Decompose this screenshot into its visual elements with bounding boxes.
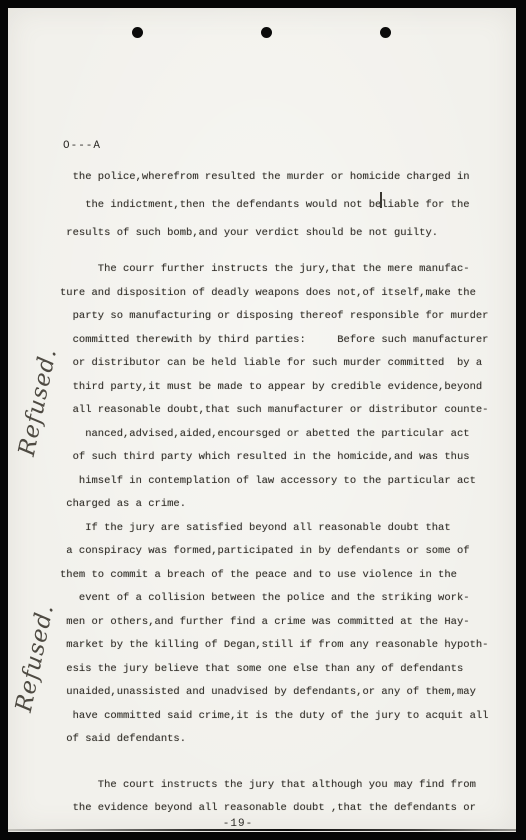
typed-line: the evidence beyond all reasonable doubt…: [60, 797, 510, 821]
typed-line: The court instructs the jury that althou…: [60, 774, 510, 798]
typed-line: of such third party which resulted in th…: [60, 446, 510, 470]
binder-hole-icon: [261, 27, 272, 38]
typed-line: all reasonable doubt,that such manufactu…: [60, 399, 510, 423]
insertion-caret-mark: [380, 192, 382, 208]
typed-line: a conspiracy was formed,participated in …: [60, 540, 510, 564]
classification-mark: O---A: [63, 140, 101, 152]
typed-line: committed therewith by third parties: Be…: [60, 329, 510, 353]
typed-line: men or others,and further find a crime w…: [60, 611, 510, 635]
typed-line: market by the killing of Degan,still if …: [60, 634, 510, 658]
paragraph: the police,wherefrom resulted the murder…: [60, 163, 510, 247]
typed-line: them to commit a breach of the peace and…: [60, 564, 510, 588]
typed-line: results of such bomb,and your verdict sh…: [60, 219, 510, 247]
paragraph: If the jury are satisfied beyond all rea…: [60, 517, 510, 752]
margin-annotation-refused: Refused.: [11, 602, 59, 715]
typed-line: The courr further instructs the jury,tha…: [60, 258, 510, 282]
typed-line: himself in contemplation of law accessor…: [60, 470, 510, 494]
typed-line: event of a collision between the police …: [60, 587, 510, 611]
typed-line: nanced,advised,aided,encoursged or abett…: [60, 423, 510, 447]
typed-line: charged as a crime.: [60, 493, 510, 517]
typed-line: unaided,unassisted and unadvised by defe…: [60, 681, 510, 705]
typed-line: If the jury are satisfied beyond all rea…: [60, 517, 510, 541]
typed-line: party so manufacturing or disposing ther…: [60, 305, 510, 329]
document-page: O---A Refused. Refused. the police,where…: [8, 8, 516, 832]
typed-line: have committed said crime,it is the duty…: [60, 705, 510, 729]
page-number: -19-: [178, 818, 298, 830]
typed-text: the police,wherefrom resulted the murder…: [60, 163, 510, 821]
typed-line: esis the jury believe that some one else…: [60, 658, 510, 682]
typed-line: third party,it must be made to appear by…: [60, 376, 510, 400]
binder-hole-icon: [380, 27, 391, 38]
typed-line: of said defendants.: [60, 728, 510, 752]
binder-hole-icon: [132, 27, 143, 38]
typed-line: or distributor can be held liable for su…: [60, 352, 510, 376]
typed-line: the police,wherefrom resulted the murder…: [60, 163, 510, 191]
typed-line: ture and disposition of deadly weapons d…: [60, 282, 510, 306]
paragraph: The court instructs the jury that althou…: [60, 774, 510, 821]
margin-annotation-refused: Refused.: [14, 346, 62, 459]
typed-line: the indictment,then the defendants would…: [60, 191, 510, 219]
paragraph: The courr further instructs the jury,tha…: [60, 258, 510, 517]
